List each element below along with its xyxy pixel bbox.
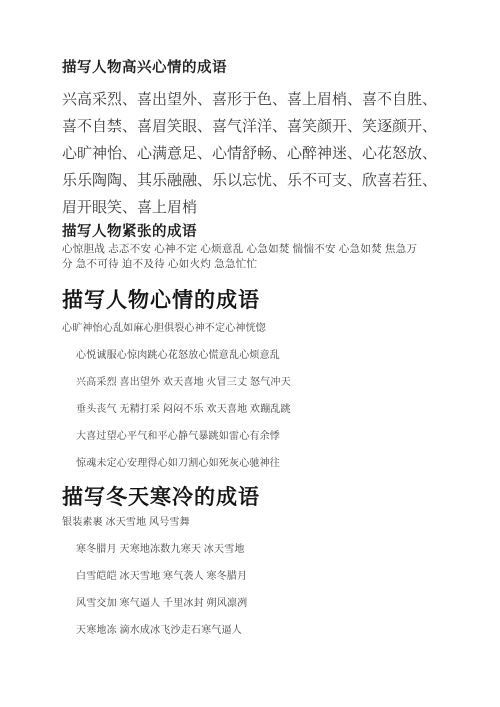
happy-idiom-line: 喜不自禁、喜眉笑眼、喜气洋洋、喜笑颜开、笑逐颜开、 <box>62 114 438 141</box>
mood-idiom-line: 垂头丧气 无精打采 闷闷不乐 欢天喜地 欢蹦乱跳 <box>62 403 438 417</box>
document-page: 描写人物高兴心情的成语 兴高采烈、喜出望外、喜形于色、喜上眉梢、喜不自胜、 喜不… <box>0 0 500 707</box>
winter-idiom-line: 白雪皑皑 冰天雪地 寒气袭人 寒冬腊月 <box>62 570 438 584</box>
winter-idioms-paragraph: 银装素裹 冰天雪地 风号雪舞 寒冬腊月 天寒地冻数九寒天 冰天雪地 白雪皑皑 冰… <box>62 516 438 638</box>
section-heading-winter-idioms: 描写冬天寒冷的成语 <box>62 483 438 511</box>
happy-idiom-line: 眉开眼笑、喜上眉梢 <box>62 195 438 222</box>
nervous-idioms-paragraph: 心惊胆战 忐忑不安 心神不定 心烦意乱 心急如焚 惴惴不安 心急如焚 焦急万 分… <box>62 242 438 272</box>
mood-idiom-line: 惊魂未定心安理得心如刀割心如死灰心驰神往 <box>62 457 438 471</box>
happy-idioms-paragraph: 兴高采烈、喜出望外、喜形于色、喜上眉梢、喜不自胜、 喜不自禁、喜眉笑眼、喜气洋洋… <box>62 87 438 222</box>
nervous-idiom-line: 心惊胆战 忐忑不安 心神不定 心烦意乱 心急如焚 惴惴不安 心急如焚 焦急万 <box>62 242 438 257</box>
mood-idiom-line: 兴高采烈 喜出望外 欢天喜地 火冒三丈 怒气冲天 <box>62 376 438 390</box>
winter-idiom-line: 天寒地冻 滴水成冰飞沙走石寒气逼人 <box>62 624 438 638</box>
section-heading-happy-idioms: 描写人物高兴心情的成语 <box>62 58 438 78</box>
winter-idiom-line: 银装素裹 冰天雪地 风号雪舞 <box>62 516 438 530</box>
mood-idiom-line: 心悦诚服心惊肉跳心花怒放心慌意乱心烦意乱 <box>62 349 438 363</box>
section-heading-nervous-idioms: 描写人物紧张的成语 <box>62 222 438 242</box>
mood-idioms-paragraph: 心旷神怡心乱如麻心胆俱裂心神不定心神恍惚 心悦诚服心惊肉跳心花怒放心慌意乱心烦意… <box>62 322 438 471</box>
winter-idiom-line: 寒冬腊月 天寒地冻数九寒天 冰天雪地 <box>62 543 438 557</box>
mood-idiom-line: 大喜过望心平气和平心静气暴跳如雷心有余悸 <box>62 430 438 444</box>
happy-idiom-line: 乐乐陶陶、其乐融融、乐以忘忧、乐不可支、欣喜若狂、 <box>62 168 438 195</box>
happy-idiom-line: 心旷神怡、心满意足、心情舒畅、心醉神迷、心花怒放、 <box>62 141 438 168</box>
winter-idiom-line: 风雪交加 寒气逼人 千里冰封 朔风凛冽 <box>62 597 438 611</box>
section-heading-mood-idioms: 描写人物心情的成语 <box>62 286 438 314</box>
nervous-idiom-line: 分 急不可待 迫不及待 心如火灼 急急忙忙 <box>62 257 438 272</box>
happy-idiom-line: 兴高采烈、喜出望外、喜形于色、喜上眉梢、喜不自胜、 <box>62 87 438 114</box>
mood-idiom-line: 心旷神怡心乱如麻心胆俱裂心神不定心神恍惚 <box>62 322 438 336</box>
